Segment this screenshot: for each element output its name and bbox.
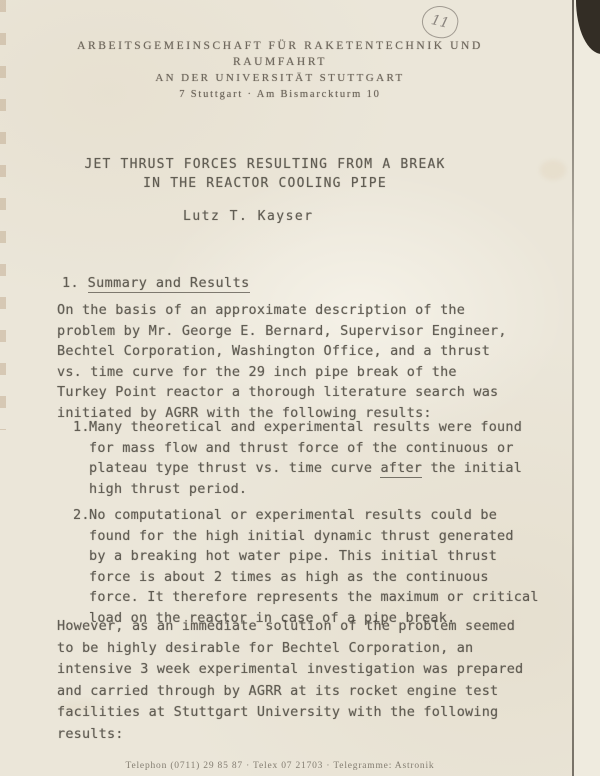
list-item-1-underlined-word: after (380, 460, 422, 478)
page-number-text: 11 (429, 12, 450, 32)
document-title: JET THRUST FORCES RESULTING FROM A BREAK… (30, 155, 500, 193)
list-item-1: 1.Many theoretical and experimental resu… (73, 417, 539, 499)
paper-edge-strip (574, 0, 600, 776)
paper-edge-shadow-line (572, 0, 574, 776)
letterhead-organization-line1: ARBEITSGEMEINSCHAFT FÜR RAKETENTECHNIK U… (30, 38, 530, 70)
paragraph-conclusion: However, as an immediate solution of the… (57, 616, 527, 745)
scanned-document-page: 11 ARBEITSGEMEINSCHAFT FÜR RAKETENTECHNI… (0, 0, 600, 776)
section-number: 1. (62, 275, 88, 291)
letterhead-organization-line2: AN DER UNIVERSITÄT STUTTGART (30, 70, 530, 87)
paper-stain (540, 160, 566, 180)
letterhead-address: 7 Stuttgart · Am Bismarckturm 10 (30, 87, 530, 103)
title-line1: JET THRUST FORCES RESULTING FROM A BREAK (30, 155, 500, 174)
section-heading-text: Summary and Results (88, 275, 250, 293)
handwritten-page-number: 11 (419, 2, 462, 42)
letterhead: ARBEITSGEMEINSCHAFT FÜR RAKETENTECHNIK U… (30, 38, 530, 103)
binding-perforations (0, 0, 6, 430)
list-item-2-text: No computational or experimental results… (89, 507, 539, 626)
section-heading: 1. Summary and Results (62, 275, 250, 291)
title-line2: IN THE REACTOR COOLING PIPE (30, 174, 500, 193)
list-item-1-number: 1. (73, 417, 90, 438)
paragraph-intro: On the basis of an approximate descripti… (57, 300, 527, 423)
list-item-2-number: 2. (73, 505, 90, 526)
author-name: Lutz T. Kayser (183, 209, 314, 224)
list-item-2: 2.No computational or experimental resul… (73, 505, 539, 628)
letterhead-footer-contact: Telephon (0711) 29 85 87 · Telex 07 2170… (0, 761, 560, 771)
